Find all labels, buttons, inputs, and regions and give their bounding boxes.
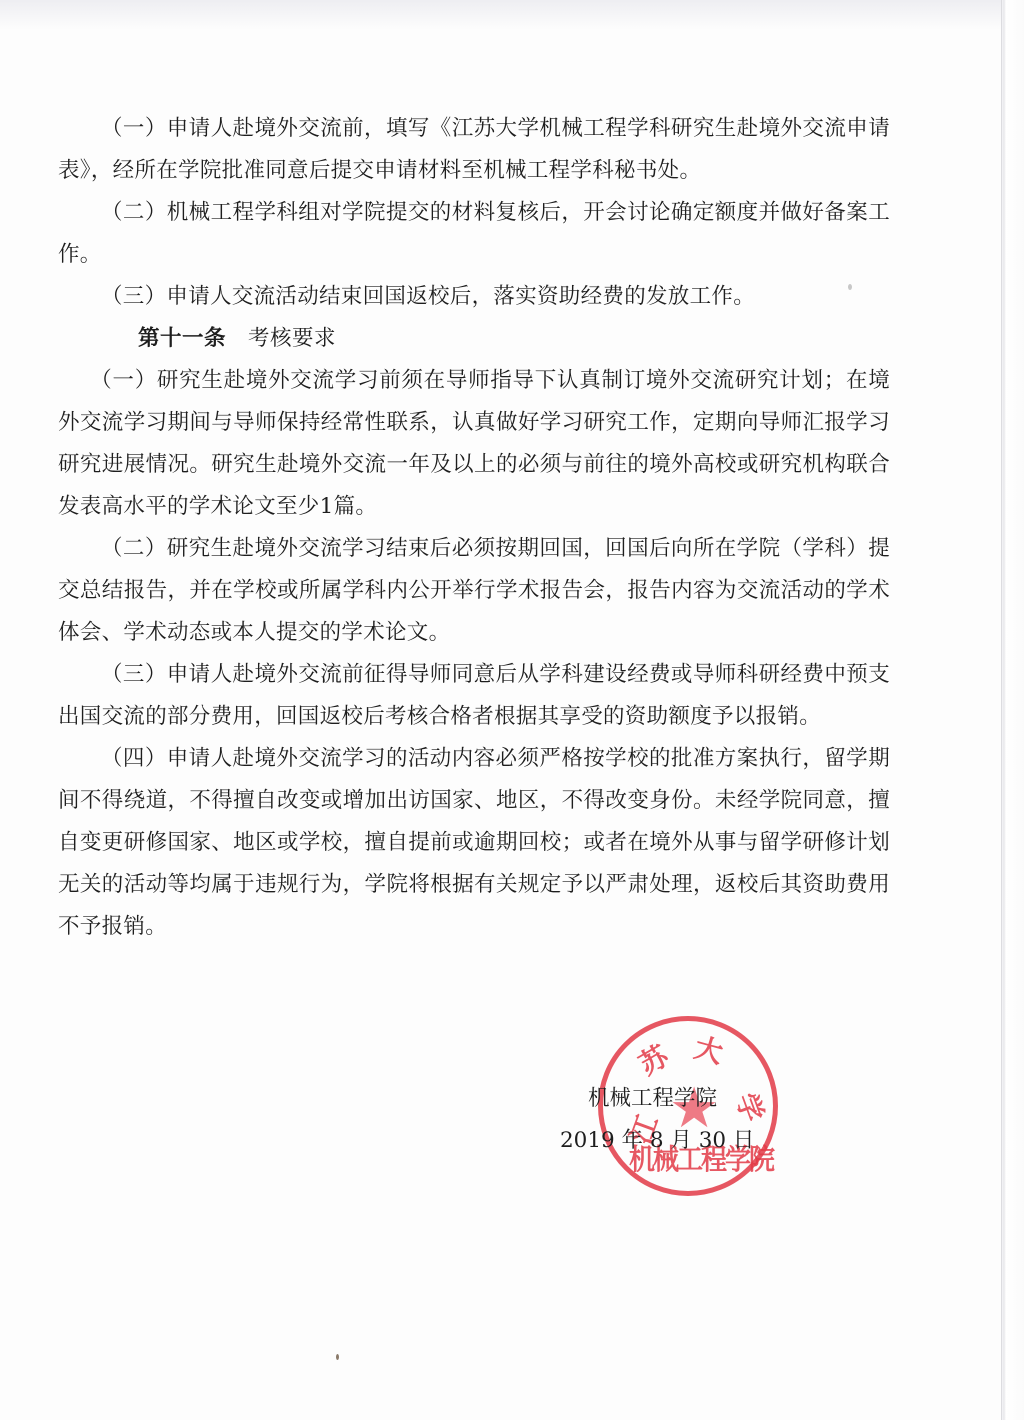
- scan-speck: [848, 284, 852, 290]
- scan-speck: [336, 1354, 339, 1360]
- paragraph-assessment-2: （二）研究生赴境外交流学习结束后必须按期回国，回国后向所在学院（学科）提交总结报…: [58, 528, 890, 654]
- paragraph-application-1: （一）申请人赴境外交流前，填写《江苏大学机械工程学科研究生赴境外交流申请表》，经…: [58, 108, 890, 192]
- signature-date: 2019 年 8 月 30 日: [560, 1120, 800, 1162]
- paragraph-application-3: （三）申请人交流活动结束回国返校后，落实资助经费的发放工作。: [58, 276, 890, 318]
- paragraph-assessment-1: （一）研究生赴境外交流学习前须在导师指导下认真制订境外交流研究计划；在境外交流学…: [58, 360, 890, 528]
- paragraph-application-2: （二）机械工程学科组对学院提交的材料复核后，开会讨论确定额度并做好备案工作。: [58, 192, 890, 276]
- scan-top-shadow: [0, 0, 1024, 30]
- signature-organization: 机械工程学院: [560, 1078, 800, 1120]
- article-title: 考核要求: [248, 326, 336, 351]
- seal-arc-char: 大: [690, 1026, 727, 1072]
- article-heading: 第十一条考核要求: [58, 318, 890, 360]
- document-body: （一）申请人赴境外交流前，填写《江苏大学机械工程学科研究生赴境外交流申请表》，经…: [58, 108, 890, 948]
- paragraph-assessment-3: （三）申请人赴境外交流前征得导师同意后从学科建设经费或导师科研经费中预支出国交流…: [58, 654, 890, 738]
- article-number: 第十一条: [138, 326, 226, 351]
- signature-block: 机械工程学院 2019 年 8 月 30 日: [560, 1078, 800, 1162]
- page-edge: [1001, 0, 1024, 1420]
- paragraph-assessment-4: （四）申请人赴境外交流学习的活动内容必须严格按学校的批准方案执行，留学期间不得绕…: [58, 738, 890, 948]
